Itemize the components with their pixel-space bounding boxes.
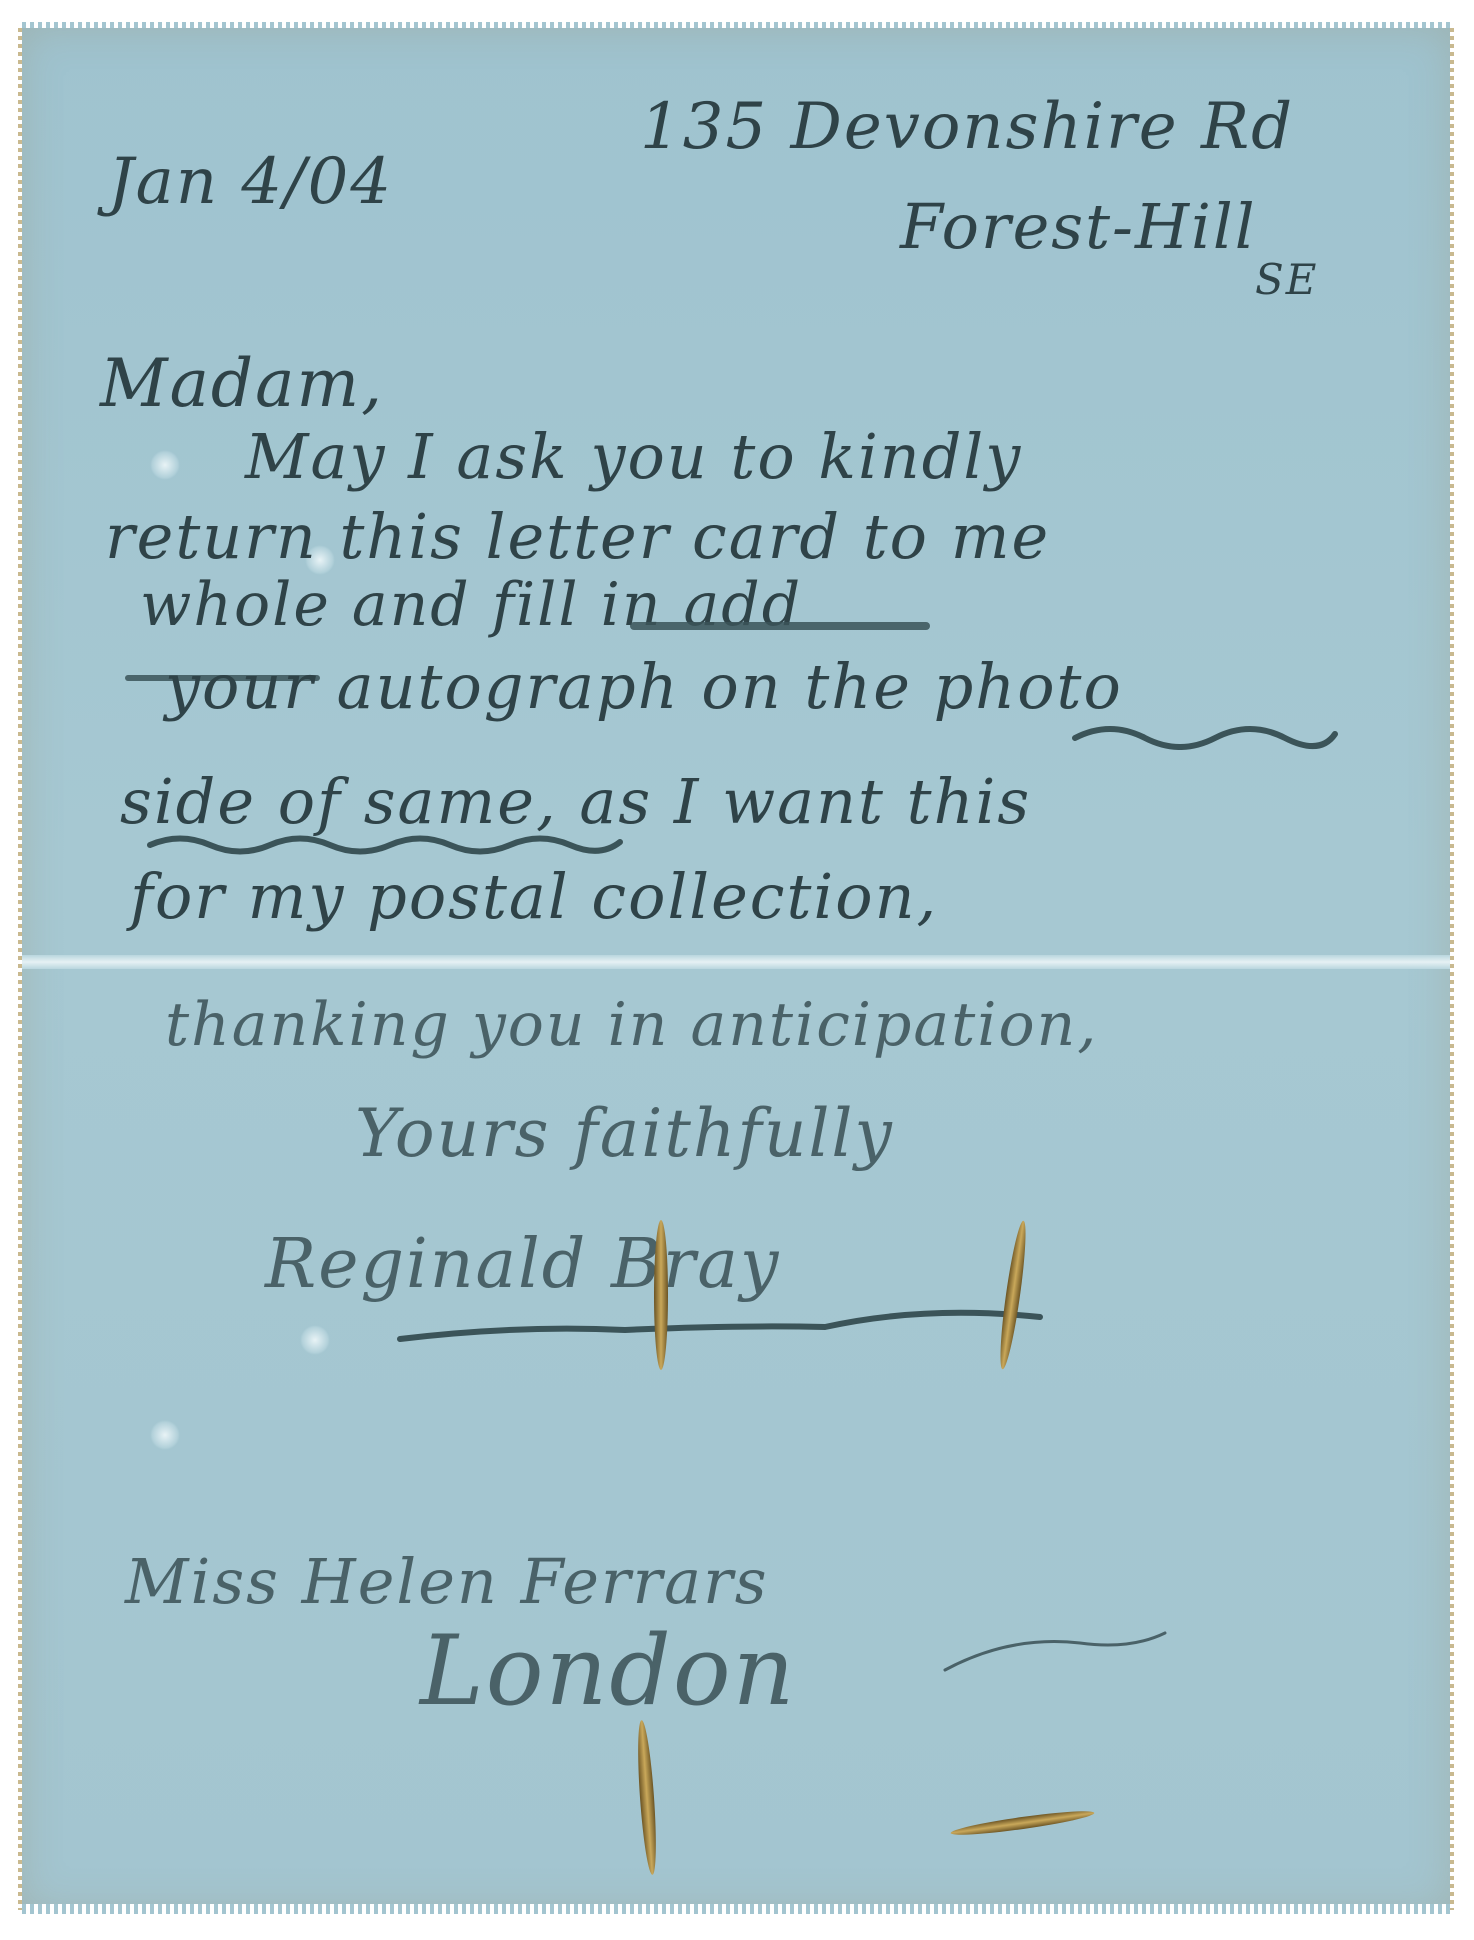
wavy-underline-side-of-same	[145, 830, 625, 860]
signature-flourish	[395, 1305, 1045, 1345]
city-flourish	[940, 1625, 1170, 1675]
body-line-2: return this letter card to me	[105, 500, 1050, 573]
salutation: Madam,	[100, 345, 384, 422]
address-line-3: SE	[1255, 255, 1318, 304]
body-line-7: thanking you in anticipation,	[165, 990, 1098, 1060]
paper-dent	[300, 1325, 330, 1355]
brass-fastener	[654, 1220, 668, 1370]
wavy-underline-photo	[1070, 720, 1340, 750]
body-line-6: for my postal collection,	[130, 860, 938, 933]
address-line-2: Forest-Hill	[900, 190, 1257, 263]
fold-line	[22, 955, 1450, 969]
paper-dent	[150, 450, 180, 480]
perforated-edge-bottom	[22, 1904, 1450, 1914]
closing: Yours faithfully	[355, 1095, 894, 1172]
strikethrough-mark	[630, 622, 930, 630]
address-line-1: 135 Devonshire Rd	[640, 90, 1294, 164]
recipient-city: London	[420, 1615, 796, 1727]
recipient-name: Miss Helen Ferrars	[125, 1545, 769, 1618]
body-line-4: your autograph on the photo	[165, 650, 1123, 723]
body-line-1: May I ask you to kindly	[245, 420, 1022, 493]
body-line-5: side of same, as I want this	[120, 765, 1031, 838]
signature: Reginald Bray	[265, 1225, 780, 1304]
letter-date: Jan 4/04	[108, 145, 393, 219]
paper-dent	[150, 1420, 180, 1450]
